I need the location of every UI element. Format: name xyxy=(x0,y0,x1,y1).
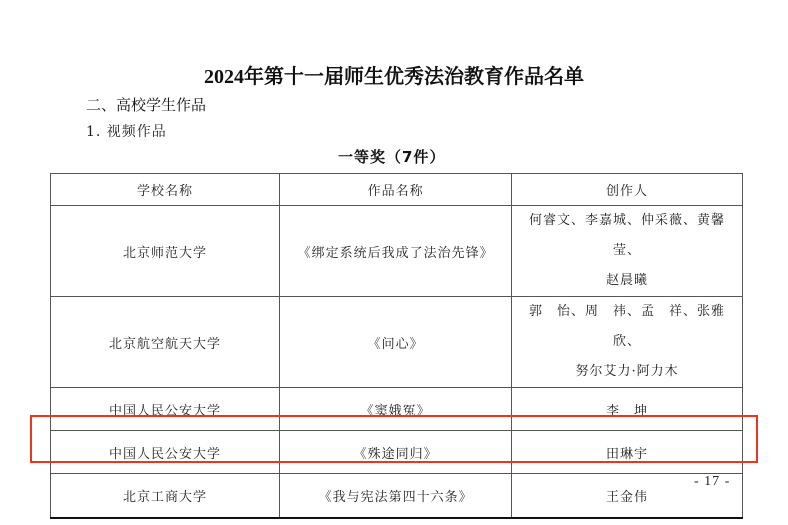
sub-heading: 1. 视频作品 xyxy=(86,121,167,141)
column-header-school: 学校名称 xyxy=(51,174,280,206)
table-row: 北京航空航天大学 《问心》 郭 怡、周 祎、孟 祥、张雅欣、 努尔艾力·阿力木 xyxy=(51,297,743,388)
award-table: 学校名称 作品名称 创作人 北京师范大学 《绑定系统后我成了法治先锋》 何睿文、… xyxy=(50,173,743,519)
author-line: 郭 怡、周 祎、孟 祥、张雅欣、 xyxy=(518,297,736,357)
author-cell: 李 坤 xyxy=(512,388,743,431)
school-cell: 北京工商大学 xyxy=(51,474,280,519)
page-number: - 17 - xyxy=(694,474,730,490)
table-row-highlighted: 北京工商大学 《我与宪法第四十六条》 王金伟 xyxy=(51,474,743,519)
school-cell: 中国人民公安大学 xyxy=(51,431,280,474)
column-header-author: 创作人 xyxy=(512,174,743,206)
author-line: 赵晨曦 xyxy=(518,266,736,296)
table-header-row: 学校名称 作品名称 创作人 xyxy=(51,174,743,206)
author-cell: 田琳宇 xyxy=(512,431,743,474)
author-line: 努尔艾力·阿力木 xyxy=(518,357,736,387)
section-heading: 二、高校学生作品 xyxy=(86,94,206,115)
work-cell: 《问心》 xyxy=(280,297,512,388)
work-cell: 《殊途同归》 xyxy=(280,431,512,474)
school-cell: 北京航空航天大学 xyxy=(51,297,280,388)
work-cell: 《绑定系统后我成了法治先锋》 xyxy=(280,206,512,297)
table-row: 北京师范大学 《绑定系统后我成了法治先锋》 何睿文、李嘉城、仲采薇、黄馨莹、 赵… xyxy=(51,206,743,297)
table-row: 中国人民公安大学 《窦娥冤》 李 坤 xyxy=(51,388,743,431)
school-cell: 北京师范大学 xyxy=(51,206,280,297)
work-cell: 《窦娥冤》 xyxy=(280,388,512,431)
document-title: 2024年第十一届师生优秀法治教育作品名单 xyxy=(0,60,788,89)
column-header-work: 作品名称 xyxy=(280,174,512,206)
table-row: 中国人民公安大学 《殊途同归》 田琳宇 xyxy=(51,431,743,474)
work-cell: 《我与宪法第四十六条》 xyxy=(280,474,512,519)
award-heading: 一等奖（7件） xyxy=(338,146,445,167)
school-cell: 中国人民公安大学 xyxy=(51,388,280,431)
author-line: 何睿文、李嘉城、仲采薇、黄馨莹、 xyxy=(518,206,736,266)
author-cell: 郭 怡、周 祎、孟 祥、张雅欣、 努尔艾力·阿力木 xyxy=(512,297,743,388)
author-cell: 何睿文、李嘉城、仲采薇、黄馨莹、 赵晨曦 xyxy=(512,206,743,297)
